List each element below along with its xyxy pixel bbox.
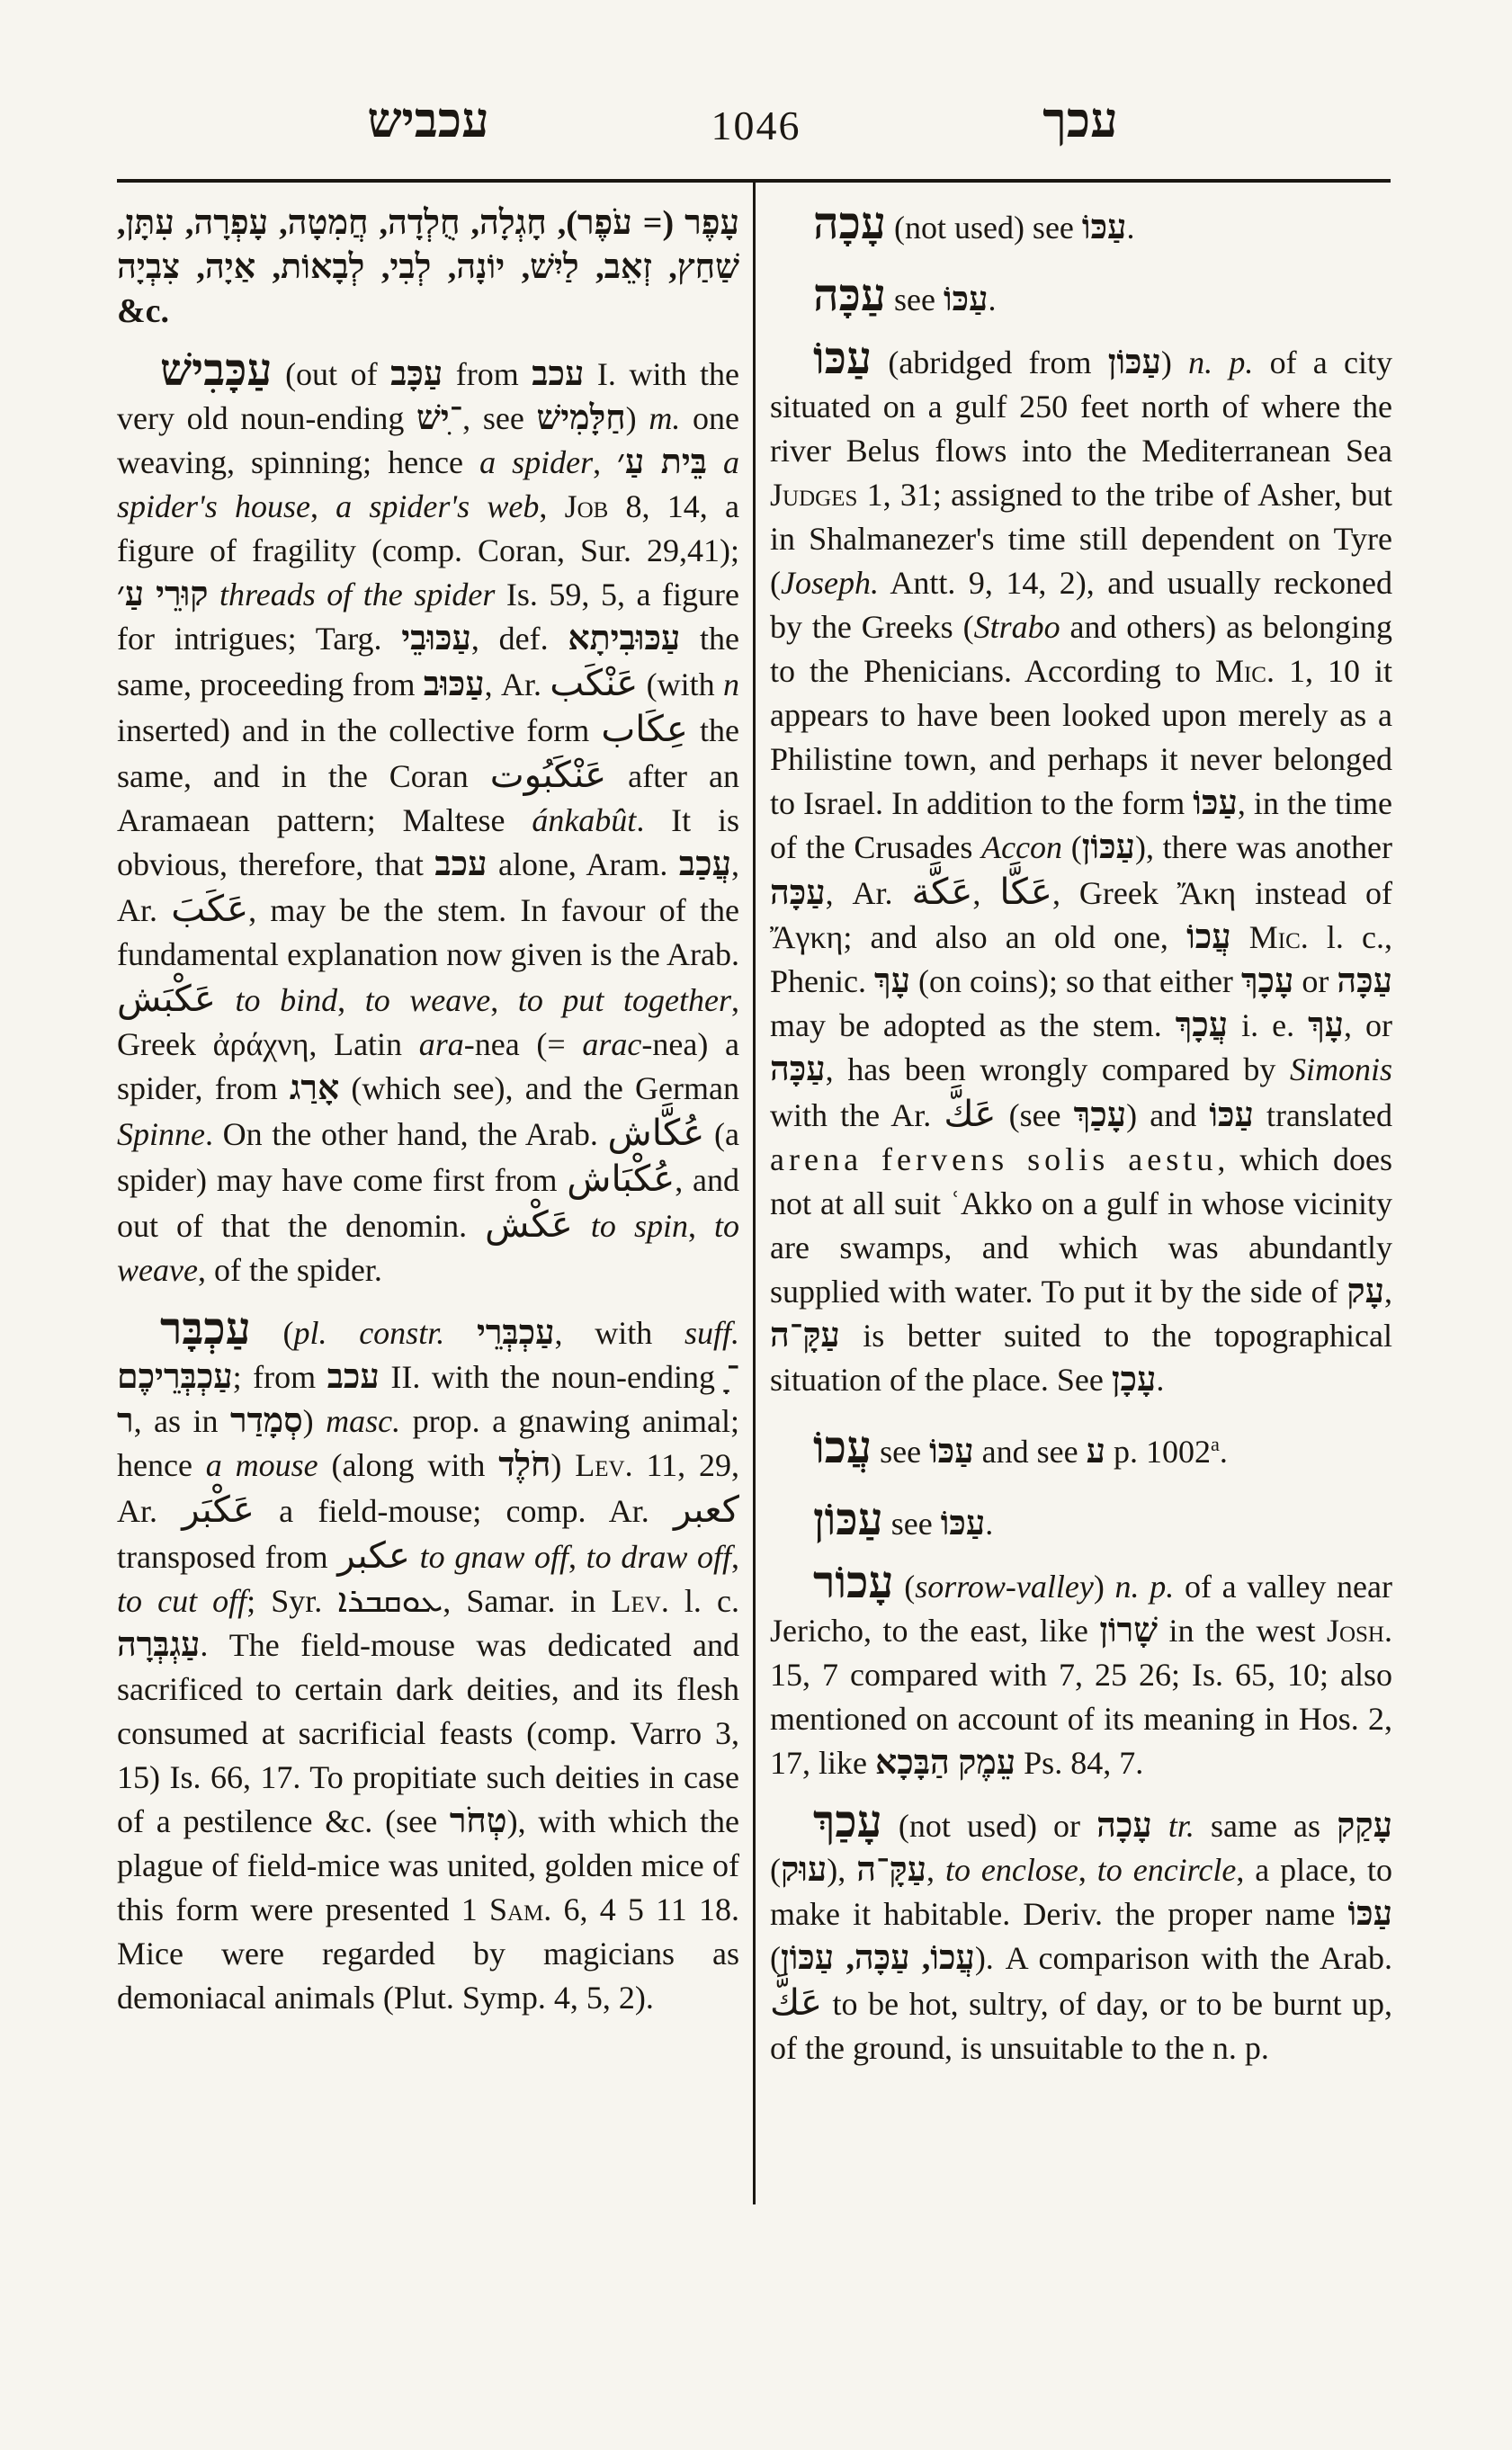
entry-akkah-ref: עַכָּה see עַכּוֹ. bbox=[770, 273, 1392, 322]
left-column: עָפֶר (= עֹפֶר), חָגְלָה, חֻלְדָה, חֲמִט… bbox=[117, 201, 739, 2020]
right-column: עָכָה (not used) see עַכּוֹ. עַכָּה see … bbox=[770, 201, 1392, 2070]
column-divider bbox=[753, 183, 756, 2204]
entry-akko: עַכּוֹ (abridged from עַכּוֹן) n. p. of … bbox=[770, 336, 1392, 1402]
entry-akkabish: עַכָּבִישׁ (out of עַכָּב from עכב I. wi… bbox=[117, 348, 739, 1292]
dictionary-page: עכביש 1046 עכך עָפֶר (= עֹפֶר), חָגְלָה,… bbox=[0, 0, 1512, 2450]
entry-akhor: עָכוֹר (sorrow-valley) n. p. of a valley… bbox=[770, 1560, 1392, 1785]
header-catchword-right: עכך bbox=[769, 94, 1391, 148]
entry-akkon-ref: עַכּוֹן see עַכּוֹ. bbox=[770, 1498, 1392, 1546]
entry-akhbar: עַכְבָּר (pl. constr. עַכְבְּרֵי, with s… bbox=[117, 1307, 739, 2020]
entry-akho-ref: עֲכוֹ see עַכּוֹ and see ע p. 1002a. bbox=[770, 1426, 1392, 1474]
entry-akhakh: עָכַךְ (not used) or עָכָה tr. same as ע… bbox=[770, 1800, 1392, 2070]
entry-akhah-ref: עָכָה (not used) see עַכּוֹ. bbox=[770, 201, 1392, 250]
continuation-paragraph: עָפֶר (= עֹפֶר), חָגְלָה, חֻלְדָה, חֲמִט… bbox=[117, 201, 739, 334]
